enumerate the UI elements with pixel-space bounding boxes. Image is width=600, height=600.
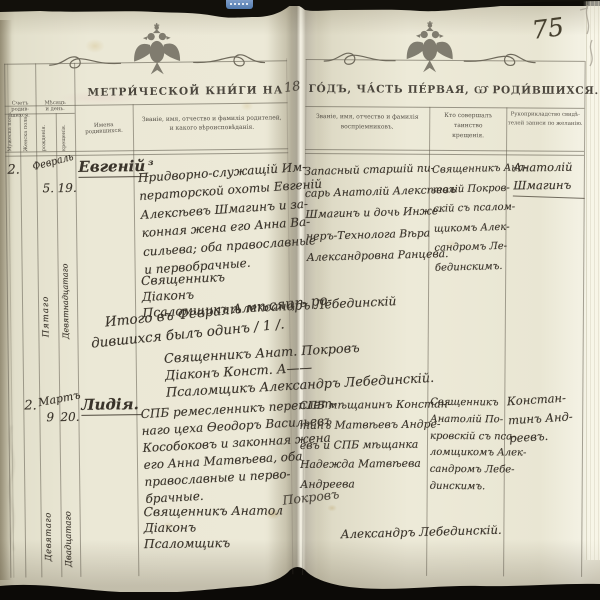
column-header-godparents: Званіе, имя, отчество и фамиліявоспріемн…: [308, 112, 426, 133]
pencil-marks: [558, 2, 600, 72]
text-line: СПБ мѣщанинъ Констан-: [299, 394, 451, 415]
text-line: Званіе, имя, отчество и фамилія: [308, 112, 426, 123]
handwritten-year: 18: [283, 79, 301, 96]
imperial-eagle-icon: [404, 20, 456, 78]
entry2-psalmist-signature: Александръ Лебединскій.: [340, 523, 501, 541]
border-swash: [324, 50, 396, 69]
text-line: крещенія.: [431, 131, 505, 142]
grid-line: [581, 61, 586, 577]
archival-photo: МЕТРИ́ЧЕСКОЙ КНИ́ГИ НА Счетъ родив-шихся…: [0, 0, 600, 600]
text-line: бединскимъ.: [435, 256, 530, 278]
text-line: телей записи по желанію.: [507, 119, 583, 129]
column-header-witnesses: Рукоприкладство свидѣ-телей записи по же…: [507, 110, 583, 129]
grid-line: [305, 152, 584, 155]
text-line: тинъ Матвѣевъ Андре-: [300, 414, 452, 435]
border-swash: [464, 51, 536, 70]
grid-line: [305, 149, 584, 152]
text-line: щикомъ Алек-: [434, 217, 529, 239]
form-title-right: ГО́ДЪ, ЧА́СТЬ ПЕ́РВАЯ, Ѡ̂ РОДИ́ВШИХСЯ.: [308, 83, 599, 97]
text-line: ломщикомъ Алек-: [430, 445, 527, 462]
text-line: сандромъ Лебе-: [430, 462, 527, 479]
text-line: воспріемниковъ.: [308, 122, 426, 133]
entry2-witness-signature: Констан-тинъ Анд-реевъ.: [506, 388, 574, 447]
entry1-witness-signature: АнатолійШмагинъ: [513, 158, 573, 195]
text-line: динскимъ.: [430, 479, 527, 496]
text-line: сандромъ Ле-: [434, 237, 529, 259]
text-line: скій съ псалом-: [433, 197, 528, 219]
text-line: Анатолій: [513, 158, 573, 177]
column-header-officiant: Кто совершалъ таинствокрещенія.: [431, 111, 505, 142]
text-line: Кто совершалъ таинство: [431, 111, 505, 132]
text-line: реевъ.: [509, 425, 575, 448]
text-line: Шмагинъ: [513, 176, 573, 195]
grid-line: [305, 106, 584, 109]
